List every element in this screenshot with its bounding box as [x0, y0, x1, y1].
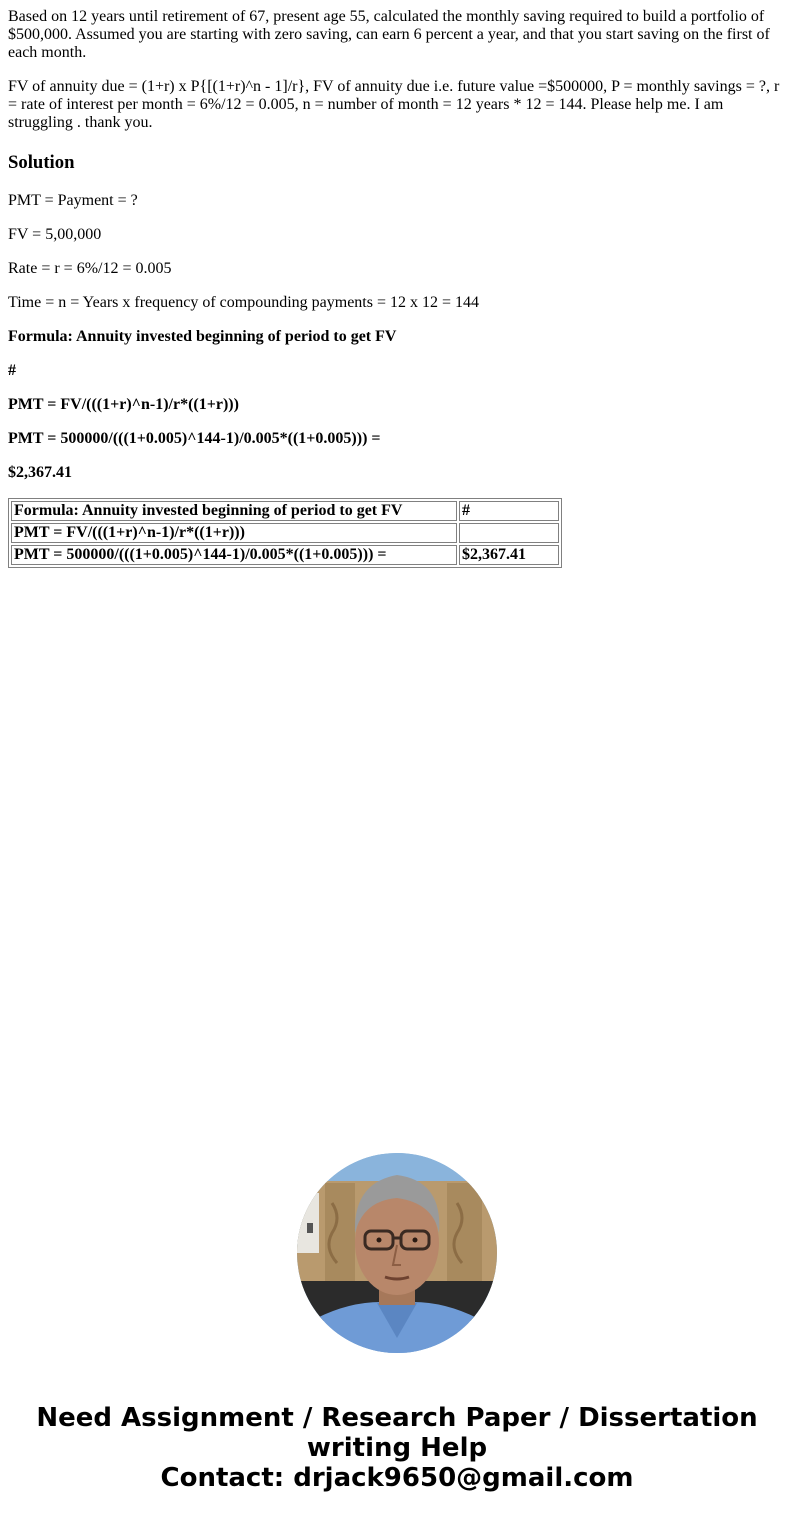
table-cell: Formula: Annuity invested beginning of p… — [11, 501, 457, 521]
table-row: PMT = FV/(((1+r)^n-1)/r*((1+r))) — [11, 523, 559, 543]
table-row: PMT = 500000/(((1+0.005)^144-1)/0.005*((… — [11, 545, 559, 565]
formula-title: Formula: Annuity invested beginning of p… — [8, 328, 786, 346]
promo-banner: Need Assignment / Research Paper / Disse… — [0, 1403, 794, 1493]
solution-line-pmt: PMT = Payment = ? — [8, 192, 786, 210]
question-paragraph-2: FV of annuity due = (1+r) x P{[(1+r)^n -… — [8, 78, 786, 132]
table-cell: PMT = FV/(((1+r)^n-1)/r*((1+r))) — [11, 523, 457, 543]
table-cell — [459, 523, 559, 543]
promo-contact: Contact: drjack9650@gmail.com — [0, 1463, 794, 1493]
formula-result: $2,367.41 — [8, 464, 786, 482]
solution-heading: Solution — [8, 152, 786, 174]
promo-line-2: writing Help — [0, 1433, 794, 1463]
document-body: Based on 12 years until retirement of 67… — [0, 0, 794, 568]
solution-line-time: Time = n = Years x frequency of compound… — [8, 294, 786, 312]
table-row: Formula: Annuity invested beginning of p… — [11, 501, 559, 521]
formula-substituted: PMT = 500000/(((1+0.005)^144-1)/0.005*((… — [8, 430, 786, 448]
formula-hash: # — [8, 362, 786, 380]
table-cell: PMT = 500000/(((1+0.005)^144-1)/0.005*((… — [11, 545, 457, 565]
solution-line-fv: FV = 5,00,000 — [8, 226, 786, 244]
formula-table: Formula: Annuity invested beginning of p… — [8, 498, 562, 568]
promo-line-1: Need Assignment / Research Paper / Disse… — [0, 1403, 794, 1433]
question-paragraph-1: Based on 12 years until retirement of 67… — [8, 0, 786, 62]
table-cell: # — [459, 501, 559, 521]
portrait-icon — [297, 1153, 497, 1353]
tutor-avatar — [297, 1153, 497, 1353]
table-cell: $2,367.41 — [459, 545, 559, 565]
formula-general: PMT = FV/(((1+r)^n-1)/r*((1+r))) — [8, 396, 786, 414]
solution-line-rate: Rate = r = 6%/12 = 0.005 — [8, 260, 786, 278]
